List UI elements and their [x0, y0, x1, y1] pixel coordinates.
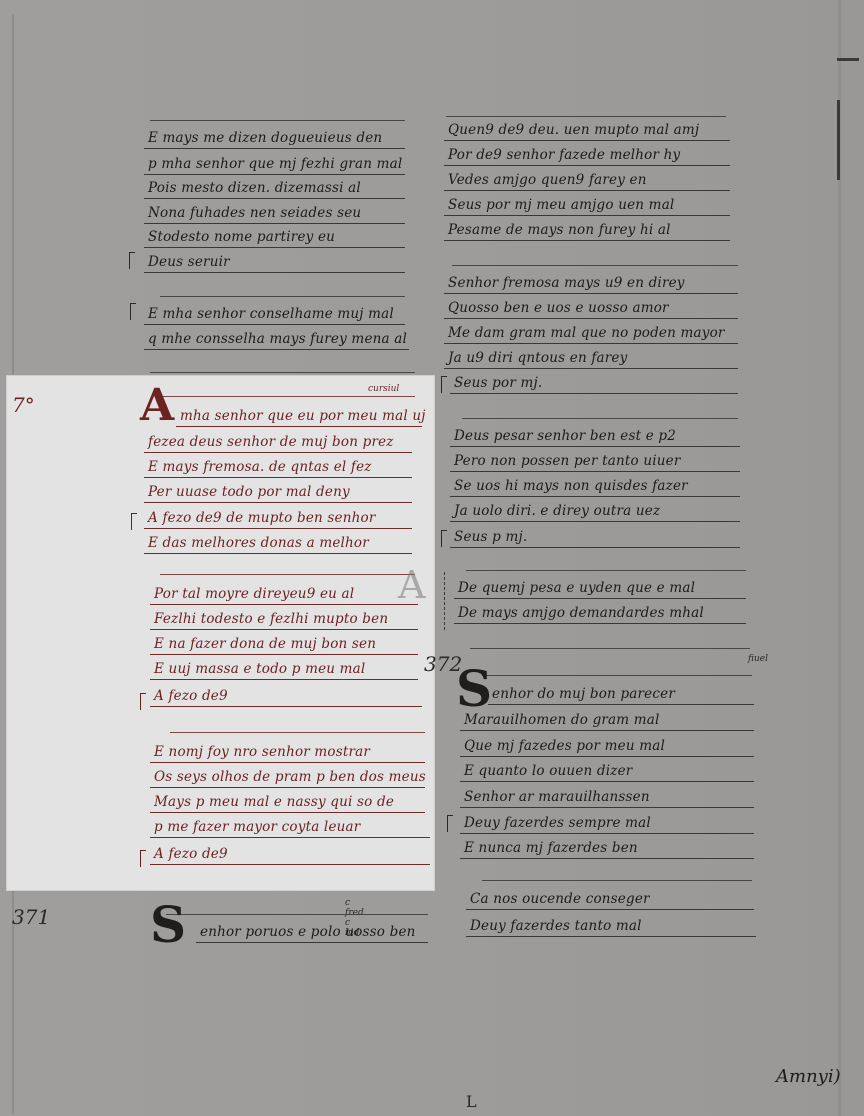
- verse-text: Deus pesar senhor ben est e p2: [454, 428, 676, 444]
- verse-text: Stodesto nome partirey eu: [148, 229, 335, 245]
- verse-line: A fezo de9 de mupto ben senhor: [144, 502, 412, 529]
- verse-line: p mha senhor que mj fezhi gran mal: [144, 148, 405, 175]
- verse-line: E mays fremosa. de qntas el fez: [144, 451, 412, 478]
- verse-text: A fezo de9: [154, 688, 228, 704]
- verse-text: Vedes amjgo quen9 farey en: [448, 172, 647, 188]
- ruling-line: [150, 120, 405, 121]
- decorated-initial: S: [150, 900, 186, 950]
- verse-text: E mays me dizen dogueuieus den: [148, 130, 382, 146]
- poem-number: 371: [12, 905, 50, 929]
- verse-line: Fezlhi todesto e fezlhi mupto ben: [150, 603, 418, 630]
- verse-text: De mays amjgo demandardes mhal: [458, 605, 704, 621]
- verse-text: Pero non possen per tanto uiuer: [454, 453, 681, 469]
- marginal-note: cursiul: [368, 384, 399, 394]
- verse-line: E nunca mj fazerdes ben: [460, 832, 754, 859]
- verse-text: Ja uolo diri. e direy outra uez: [454, 503, 660, 519]
- verse-line: Que mj fazedes por meu mal: [460, 730, 754, 757]
- ruling-line: [452, 265, 738, 266]
- verse-text: enhor poruos e polo uosso ben: [200, 924, 416, 940]
- verse-text: E nunca mj fazerdes ben: [464, 840, 638, 856]
- verse-text: enhor do muj bon parecer: [492, 686, 675, 702]
- verse-text: Nona fuhades nen seiades seu: [148, 205, 361, 221]
- verse-line: Pero non possen per tanto uiuer: [450, 445, 740, 472]
- refrain-bracket-icon: [441, 530, 447, 547]
- verse-text: E mha senhor conselhame muj mal: [148, 306, 394, 322]
- refrain-bracket-icon: [447, 815, 453, 832]
- ruling-line: [160, 296, 405, 297]
- refrain-line: A fezo de9: [150, 838, 430, 865]
- verse-line: Quosso ben e uos e uosso amor: [444, 292, 738, 319]
- binding-line: [837, 100, 840, 180]
- verse-text: Me dam gram mal que no poden mayor: [448, 325, 725, 341]
- verse-text: p me fazer mayor coyta leuar: [154, 819, 360, 835]
- ruling-line: [466, 570, 746, 571]
- verse-text: Deus seruir: [148, 254, 230, 270]
- verse-text: E das melhores donas a melhor: [148, 535, 369, 551]
- catchword-mark: L: [466, 1092, 477, 1111]
- verse-line: Marauilhomen do gram mal: [460, 704, 754, 731]
- verse-text: Quosso ben e uos e uosso amor: [448, 300, 669, 316]
- verse-text: E nomj foy nro senhor mostrar: [154, 744, 370, 760]
- marginal-note: fiuel: [748, 654, 768, 664]
- verse-line: E na fazer dona de muj bon sen: [150, 628, 418, 655]
- verse-line: Deuy fazerdes tanto mal: [466, 910, 756, 937]
- verse-text: fezea deus senhor de muj bon prez: [148, 434, 394, 450]
- verse-text: E quanto lo ouuen dizer: [464, 763, 632, 779]
- binding-mark: [837, 58, 859, 61]
- verse-text: Seus por mj.: [454, 375, 542, 391]
- verse-text: E mays fremosa. de qntas el fez: [148, 459, 372, 475]
- verse-line: Mays p meu mal e nassy qui so de: [150, 786, 425, 813]
- refrain-bracket-icon: [140, 693, 146, 710]
- verse-text: A fezo de9: [154, 846, 228, 862]
- verse-text: Per uuase todo por mal deny: [148, 484, 350, 500]
- verse-line: Vedes amjgo quen9 farey en: [444, 164, 730, 191]
- verse-line: Se uos hi mays non quisdes fazer: [450, 470, 740, 497]
- verse-line: Quen9 de9 deu. uen mupto mal amj: [444, 114, 730, 141]
- verse-text: Pesame de mays non furey hi al: [448, 222, 671, 238]
- refrain-line: Deus seruir: [144, 246, 405, 273]
- verse-line: Deus pesar senhor ben est e p2: [450, 420, 740, 447]
- verse-line: De quemj pesa e uyden que e mal: [454, 572, 746, 599]
- verse-text: Por de9 senhor fazede melhor hy: [448, 147, 680, 163]
- verse-text: Deuy fazerdes tanto mal: [470, 918, 642, 934]
- poem-number: 7°: [12, 393, 35, 417]
- verse-text: Quen9 de9 deu. uen mupto mal amj: [448, 122, 699, 138]
- ruling-line: [150, 372, 415, 373]
- verse-line: Per uuase todo por mal deny: [144, 476, 412, 503]
- manuscript-page: E mays me dizen dogueuieus den p mha sen…: [0, 0, 864, 1116]
- verse-line: enhor do muj bon parecer: [488, 678, 754, 705]
- ruling-line: [160, 396, 415, 397]
- verse-text: p mha senhor que mj fezhi gran mal: [148, 156, 402, 172]
- verse-text: Deuy fazerdes sempre mal: [464, 815, 651, 831]
- verse-line: enhor poruos e polo uosso ben: [196, 916, 428, 943]
- verse-text: E uuj massa e todo p meu mal: [154, 661, 365, 677]
- verse-text: Senhor fremosa mays u9 en direy: [448, 275, 685, 291]
- verse-text: Pois mesto dizen. dizemassi al: [148, 180, 361, 196]
- verse-line: E nomj foy nro senhor mostrar: [150, 736, 425, 763]
- verse-text: Que mj fazedes por meu mal: [464, 738, 665, 754]
- verse-line: Me dam gram mal que no poden mayor: [444, 317, 738, 344]
- verse-line: Os seys olhos de pram p ben dos meus: [150, 761, 425, 788]
- verse-line: De mays amjgo demandardes mhal: [454, 597, 746, 624]
- verse-text: Senhor ar marauilhanssen: [464, 789, 650, 805]
- verse-line: q mhe consselha mays furey mena al: [144, 323, 409, 350]
- refrain-line: Seus p mj.: [450, 521, 740, 548]
- ruling-line: [482, 880, 752, 881]
- refrain-line: A fezo de9: [150, 680, 422, 707]
- decorated-initial: A: [140, 384, 174, 428]
- verse-line: p me fazer mayor coyta leuar: [150, 811, 430, 838]
- verse-line: Ja u9 diri qntous en farey: [444, 342, 738, 369]
- ruling-line: [482, 675, 752, 676]
- refrain-bracket-icon: [129, 252, 135, 269]
- verse-line: E mays me dizen dogueuieus den: [144, 122, 405, 149]
- verse-line: E das melhores donas a melhor: [144, 527, 412, 554]
- verse-line: Senhor fremosa mays u9 en direy: [444, 267, 738, 294]
- verse-text: Os seys olhos de pram p ben dos meus: [154, 769, 426, 785]
- verse-line: Deuy fazerdes sempre mal: [460, 807, 754, 834]
- verse-line: E uuj massa e todo p meu mal: [150, 653, 418, 680]
- ruling-line: [462, 418, 738, 419]
- verse-text: Seus por mj meu amjgo uen mal: [448, 197, 674, 213]
- verse-line: Seus por mj meu amjgo uen mal: [444, 189, 730, 216]
- verse-line: Pois mesto dizen. dizemassi al: [144, 172, 405, 199]
- ruling-line: [470, 648, 750, 649]
- verse-line: mha senhor que eu por meu mal uj: [176, 400, 422, 427]
- verse-text: Ja u9 diri qntous en farey: [448, 350, 627, 366]
- verse-text: Seus p mj.: [454, 529, 527, 545]
- verse-text: E na fazer dona de muj bon sen: [154, 636, 376, 652]
- verse-line: E mha senhor conselhame muj mal: [144, 298, 405, 325]
- verse-text: De quemj pesa e uyden que e mal: [458, 580, 695, 596]
- verse-line: Por tal moyre direyeu9 eu al: [150, 578, 418, 605]
- verse-line: Senhor ar marauilhanssen: [460, 781, 754, 808]
- show-through-letter: A: [398, 563, 425, 607]
- ruling-line: [170, 732, 425, 733]
- verse-line: Ja uolo diri. e direy outra uez: [450, 495, 740, 522]
- verse-text: Se uos hi mays non quisdes fazer: [454, 478, 688, 494]
- verse-text: Ca nos oucende conseger: [470, 891, 650, 907]
- stanza-bracket-icon: [130, 303, 136, 320]
- verse-line: fezea deus senhor de muj bon prez: [144, 426, 412, 453]
- verse-line: Nona fuhades nen seiades seu: [144, 197, 405, 224]
- verse-line: Stodesto nome partirey eu: [144, 221, 405, 248]
- signature: Amnyi): [776, 1066, 841, 1087]
- verse-line: Ca nos oucende conseger: [466, 883, 754, 910]
- verse-text: Mays p meu mal e nassy qui so de: [154, 794, 394, 810]
- ruling-line: [166, 914, 428, 915]
- refrain-bracket-icon: [131, 513, 137, 530]
- refrain-line: Seus por mj.: [450, 367, 738, 394]
- verse-text: q mhe consselha mays furey mena al: [148, 331, 407, 347]
- tornada-marker: [444, 572, 445, 630]
- verse-text: A fezo de9 de mupto ben senhor: [148, 510, 375, 526]
- verse-text: Por tal moyre direyeu9 eu al: [154, 586, 354, 602]
- verse-text: Marauilhomen do gram mal: [464, 712, 660, 728]
- verse-text: mha senhor que eu por meu mal uj: [180, 408, 426, 424]
- verse-line: Pesame de mays non furey hi al: [444, 214, 730, 241]
- verse-line: Por de9 senhor fazede melhor hy: [444, 139, 730, 166]
- ruling-line: [160, 574, 415, 575]
- refrain-bracket-icon: [140, 850, 146, 867]
- verse-line: E quanto lo ouuen dizer: [460, 755, 754, 782]
- refrain-bracket-icon: [441, 376, 447, 393]
- verse-text: Fezlhi todesto e fezlhi mupto ben: [154, 611, 388, 627]
